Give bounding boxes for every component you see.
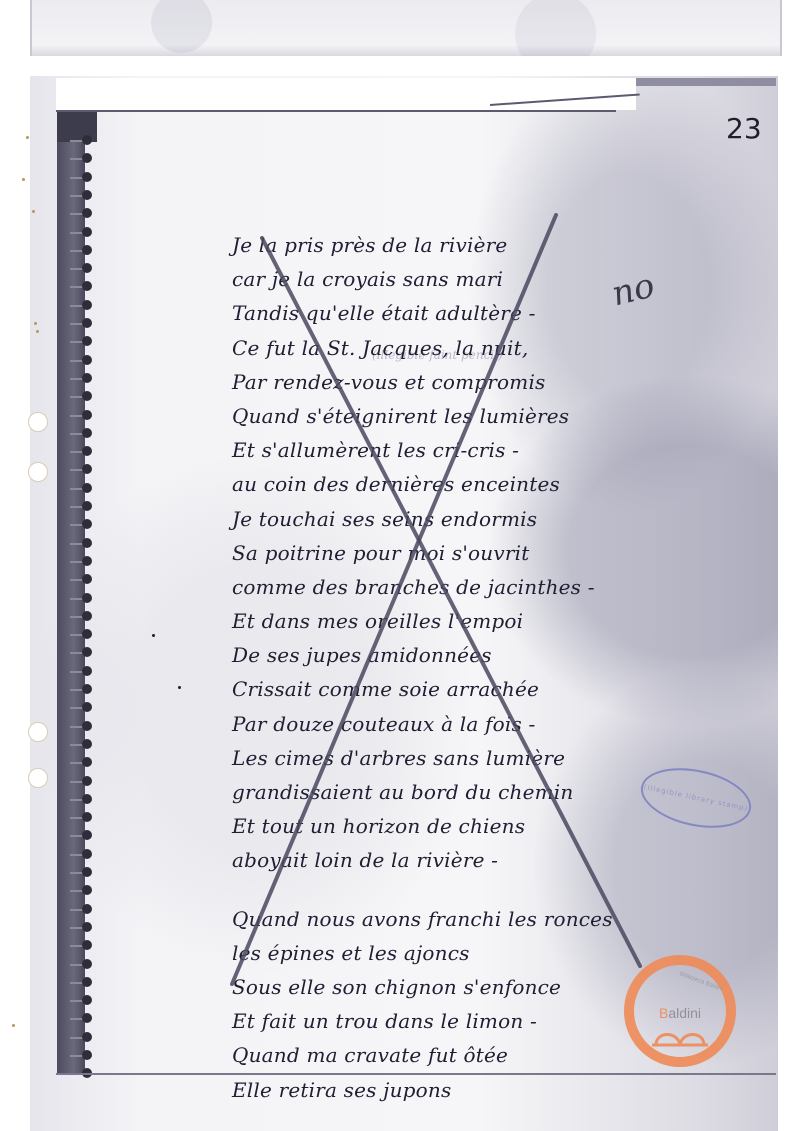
spiral-coil (70, 281, 98, 293)
spiral-coil (70, 391, 98, 403)
poem-line: Je la pris près de la rivière (232, 228, 652, 262)
spiral-coil (70, 318, 98, 330)
spiral-coils (70, 135, 100, 1075)
spiral-coil (70, 373, 98, 385)
poem-line: Quand s'éteignirent les lumières (232, 399, 652, 433)
punch-hole (28, 412, 48, 432)
punch-hole (28, 768, 48, 788)
poem-line: Quand ma cravate fut ôtée (232, 1038, 652, 1072)
sheet-top-right-band (636, 78, 776, 86)
spiral-coil (70, 300, 98, 312)
baldini-library-logo: Biblioteca Baldini Baldini (624, 955, 736, 1067)
spiral-coil (70, 702, 98, 714)
spiral-coil (70, 776, 98, 788)
spiral-coil (70, 263, 98, 275)
spiral-coil (70, 556, 98, 568)
spiral-coil (70, 721, 98, 733)
spiral-coil (70, 501, 98, 513)
stanza-2: Quand nous avons franchi les ronces les … (232, 902, 652, 1107)
spiral-coil (70, 483, 98, 495)
spiral-coil (70, 410, 98, 422)
spiral-coil (70, 684, 98, 696)
spiral-coil (70, 1050, 98, 1062)
poem-line: Sous elle son chignon s'enfonce (232, 970, 652, 1004)
page-gap (0, 56, 800, 78)
poem-line: Et tout un horizon de chiens (232, 809, 652, 843)
spiral-coil (70, 336, 98, 348)
spiral-coil (70, 428, 98, 440)
spiral-coil (70, 190, 98, 202)
stanza-break (232, 878, 652, 902)
spiral-coil (70, 446, 98, 458)
spiral-coil (70, 940, 98, 952)
spiral-coil (70, 830, 98, 842)
poem-line: Tandis qu'elle était adultère - (232, 296, 652, 330)
spiral-coil (70, 574, 98, 586)
spiral-coil (70, 208, 98, 220)
spiral-coil (70, 538, 98, 550)
spiral-coil (70, 959, 98, 971)
logo-name-rest: aldini (668, 1005, 701, 1021)
spiral-coil (70, 172, 98, 184)
logo-subtitle: Biblioteca Baldini (678, 971, 723, 993)
sheet-top-margin (56, 78, 636, 110)
poem-line: Les cimes d'arbres sans lumière (232, 741, 652, 775)
spiral-coil (70, 227, 98, 239)
poem-line: Elle retira ses jupons (232, 1073, 652, 1107)
spiral-coil (70, 666, 98, 678)
poem-line: Et dans mes oreilles l'empoi (232, 604, 652, 638)
spiral-coil (70, 593, 98, 605)
poem-line: les épines et les ajoncs (232, 936, 652, 970)
stanza-1: Je la pris près de la rivière car je la … (232, 228, 652, 878)
spiral-coil (70, 977, 98, 989)
poem-line: Je touchai ses seins endormis (232, 502, 652, 536)
spiral-coil (70, 1013, 98, 1025)
spiral-coil (70, 135, 98, 147)
poem-line: Et fait un trou dans le limon - (232, 1004, 652, 1038)
poem-line: grandissaient au bord du chemin (232, 775, 652, 809)
spiral-coil (70, 153, 98, 165)
spiral-coil (70, 849, 98, 861)
spiral-coil (70, 519, 98, 531)
sheet-top-edge (56, 110, 616, 112)
poem-line: Et s'allumèrent les cri-cris - (232, 433, 652, 467)
logo-name: Baldini (634, 1005, 726, 1021)
poem-line: comme des branches de jacinthes - (232, 570, 652, 604)
spiral-coil (70, 464, 98, 476)
punch-hole (28, 722, 48, 742)
previous-page-strip (30, 0, 782, 56)
spiral-coil (70, 995, 98, 1007)
spiral-coil (70, 1032, 98, 1044)
poem-line: Par rendez-vous et compromis (232, 365, 652, 399)
poem-line: aboyait loin de la rivière - (232, 843, 652, 877)
spiral-coil (70, 885, 98, 897)
spiral-coil (70, 629, 98, 641)
spiral-coil (70, 355, 98, 367)
poem-line: Ce fut la St. Jacques, la nuit, (232, 331, 652, 365)
spiral-coil (70, 647, 98, 659)
poem-line: au coin des dernières enceintes (232, 467, 652, 501)
page-number: 23 (726, 112, 762, 145)
open-book-icon (652, 1023, 708, 1047)
poem-line: De ses jupes amidonnées (232, 638, 652, 672)
spiral-coil (70, 922, 98, 934)
poem-line: Crissait comme soie arrachée (232, 672, 652, 706)
punch-hole (28, 462, 48, 482)
poem-line: car je la croyais sans mari (232, 262, 652, 296)
spiral-coil (70, 245, 98, 257)
spiral-coil (70, 611, 98, 623)
spiral-coil (70, 867, 98, 879)
spiral-coil (70, 757, 98, 769)
poem-line: Quand nous avons franchi les ronces (232, 902, 652, 936)
poem-line: Par douze couteaux à la fois - (232, 707, 652, 741)
handwritten-poem: Je la pris près de la rivière car je la … (232, 228, 652, 1107)
spiral-coil (70, 794, 98, 806)
spiral-coil (70, 812, 98, 824)
spiral-coil (70, 739, 98, 751)
poem-line: Sa poitrine pour moi s'ouvrit (232, 536, 652, 570)
spiral-coil (70, 904, 98, 916)
